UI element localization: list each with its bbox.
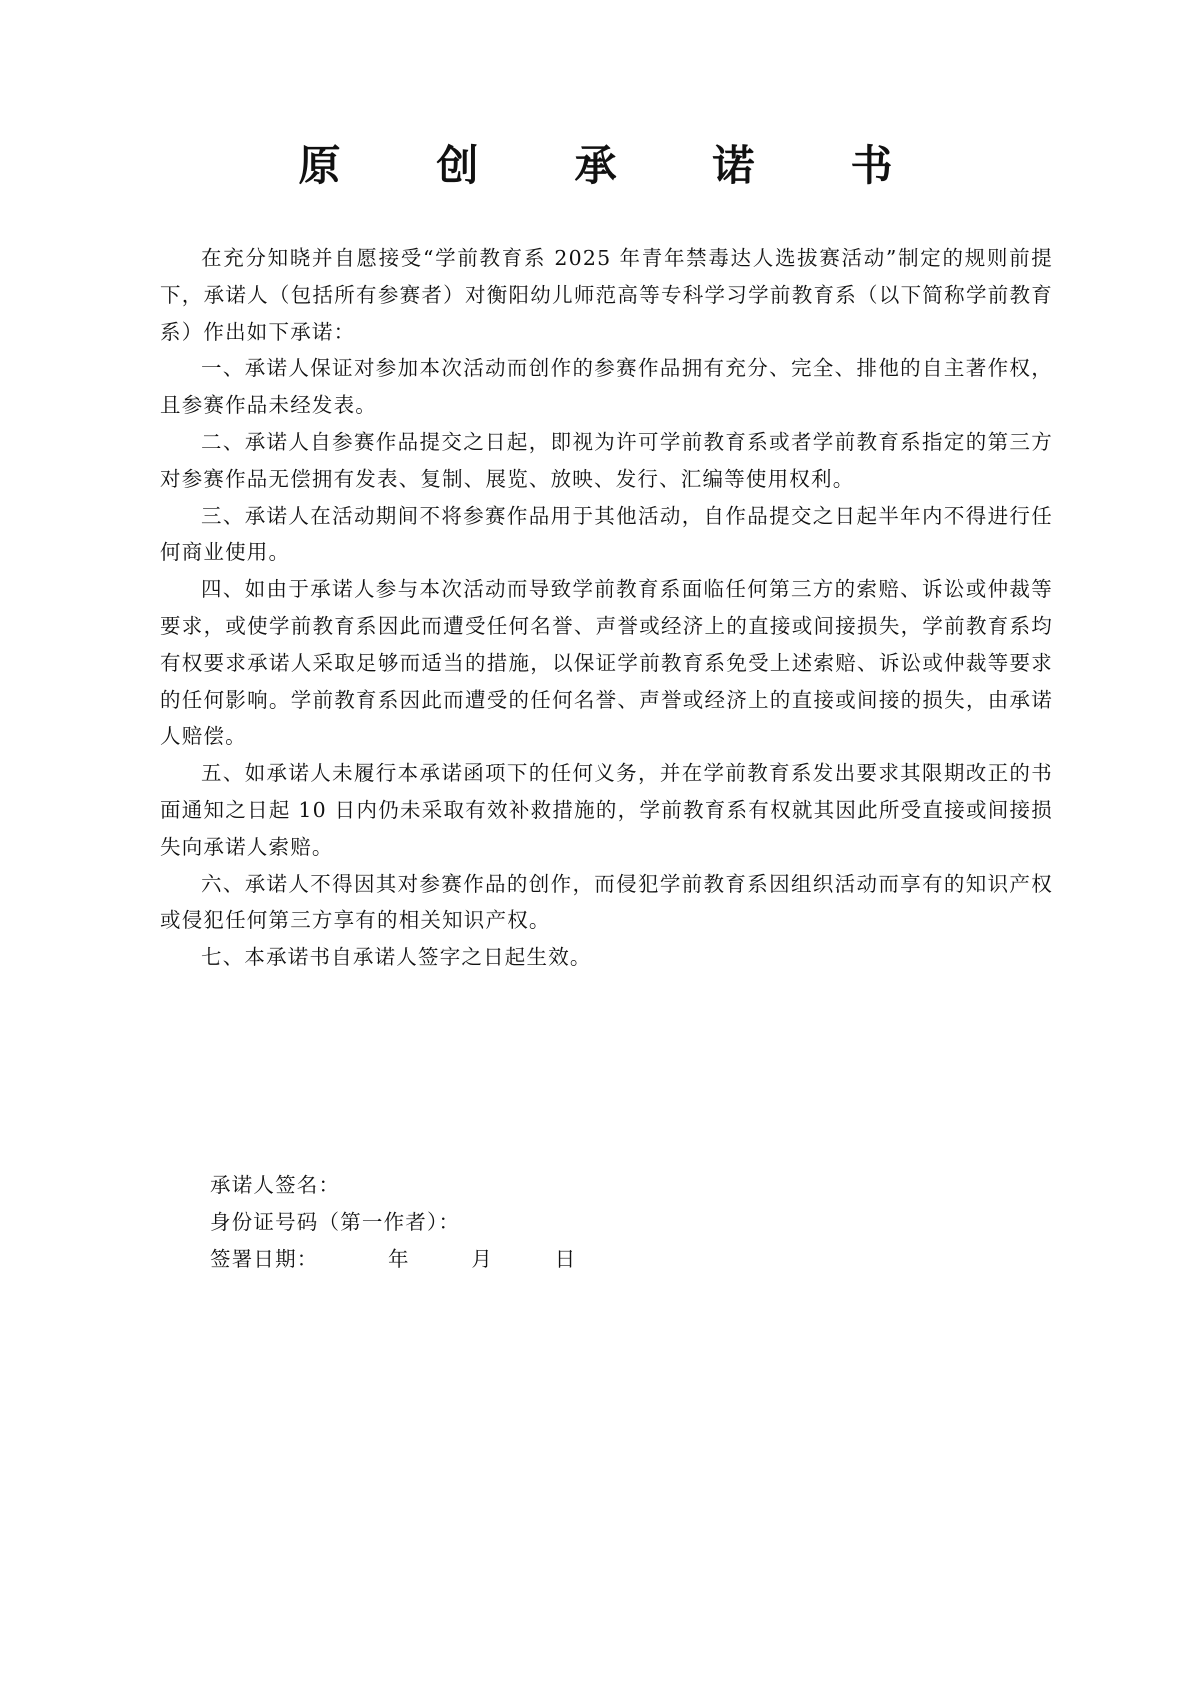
clause-3: 三、承诺人在活动期间不将参赛作品用于其他活动，自作品提交之日起半年内不得进行任何…: [160, 498, 1053, 572]
title-char: 创: [437, 133, 479, 193]
clause-4: 四、如由于承诺人参与本次活动而导致学前教育系面临任何第三方的索赔、诉讼或仲裁等要…: [160, 571, 1053, 755]
clause-5: 五、如承诺人未履行本承诺函项下的任何义务，并在学前教育系发出要求其限期改正的书面…: [160, 755, 1053, 865]
signer-label: 承诺人签名：: [210, 1167, 577, 1204]
sign-date-label: 签署日期： 年 月 日: [210, 1241, 577, 1278]
document-title: 原 创 承 诺 书: [0, 133, 1191, 193]
title-char: 书: [851, 133, 893, 193]
clause-6: 六、承诺人不得因其对参赛作品的创作，而侵犯学前教育系因组织活动而享有的知识产权或…: [160, 866, 1053, 940]
title-char: 原: [299, 133, 341, 193]
id-number-label: 身份证号码（第一作者）：: [210, 1204, 577, 1241]
title-char: 诺: [713, 133, 755, 193]
clause-7: 七、本承诺书自承诺人签字之日起生效。: [160, 939, 1053, 976]
document-page: 原 创 承 诺 书 在充分知晓并自愿接受“学前教育系 2025 年青年禁毒达人选…: [0, 0, 1191, 1684]
document-body: 在充分知晓并自愿接受“学前教育系 2025 年青年禁毒达人选拔赛活动”制定的规则…: [160, 240, 1053, 976]
signature-block: 承诺人签名： 身份证号码（第一作者）： 签署日期： 年 月 日: [210, 1167, 577, 1277]
clause-2: 二、承诺人自参赛作品提交之日起，即视为许可学前教育系或者学前教育系指定的第三方对…: [160, 424, 1053, 498]
clause-1: 一、承诺人保证对参加本次活动而创作的参赛作品拥有充分、完全、排他的自主著作权，且…: [160, 350, 1053, 424]
intro-paragraph: 在充分知晓并自愿接受“学前教育系 2025 年青年禁毒达人选拔赛活动”制定的规则…: [160, 240, 1053, 350]
title-char: 承: [575, 133, 617, 193]
